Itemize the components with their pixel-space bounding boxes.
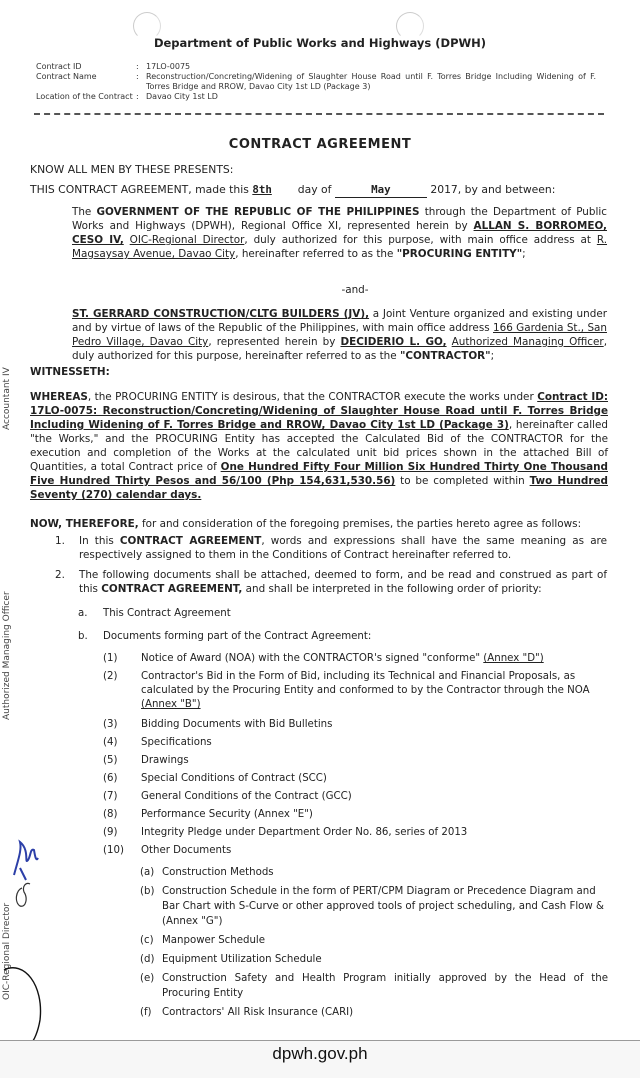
document-item: (5)Drawings <box>103 752 608 770</box>
agency-header: Department of Public Works and Highways … <box>0 36 640 50</box>
document-item: (9)Integrity Pledge under Department Ord… <box>103 824 608 842</box>
know-all-men: KNOW ALL MEN BY THESE PRESENTS: <box>30 163 233 177</box>
meta-value: 17LO-0075 <box>146 62 596 72</box>
other-document-item: (d)Equipment Utilization Schedule <box>140 952 608 967</box>
other-document-item: (e)Construction Safety and Health Progra… <box>140 971 608 1001</box>
party-contractor: ST. GERRARD CONSTRUCTION/CLTG BUILDERS (… <box>72 307 607 363</box>
meta-value: Davao City 1st LD <box>146 92 596 102</box>
agreement-date-line: THIS CONTRACT AGREEMENT, made this 8th d… <box>30 183 555 198</box>
now-therefore-paragraph: NOW, THEREFORE, for and consideration of… <box>30 517 630 531</box>
document-item: (2)Contractor's Bid in the Form of Bid, … <box>103 670 608 712</box>
day-of-text: day of <box>298 183 332 196</box>
priority-item: b.Documents forming part of the Contract… <box>78 628 371 646</box>
signature-initials <box>0 820 50 1041</box>
meta-value: Reconstruction/Concreting/Widening of Sl… <box>146 72 596 92</box>
party-procuring-entity: The GOVERNMENT OF THE REPUBLIC OF THE PH… <box>72 205 607 261</box>
other-document-item: (f)Contractors' All Risk Insurance (CARI… <box>140 1005 608 1020</box>
document-title: CONTRACT AGREEMENT <box>0 137 640 152</box>
document-item: (8)Performance Security (Annex "E") <box>103 806 608 824</box>
whereas-paragraph: WHEREAS, the PROCURING ENTITY is desirou… <box>30 390 608 502</box>
other-document-item: (a)Construction Methods <box>140 865 608 880</box>
document-item: (7)General Conditions of the Contract (G… <box>103 788 608 806</box>
month-field: May <box>335 183 427 198</box>
document-item: (1)Notice of Award (NOA) with the CONTRA… <box>103 650 608 668</box>
document-item: (10)Other Documents <box>103 842 608 860</box>
meta-label: Location of the Contract <box>36 92 136 102</box>
meta-label: Contract ID <box>36 62 136 72</box>
document-item: (4)Specifications <box>103 734 608 752</box>
margin-label-managing-officer: Authorized Managing Officer <box>2 591 12 720</box>
date-prefix: THIS CONTRACT AGREEMENT, made this <box>30 183 249 196</box>
document-item: (3)Bidding Documents with Bid Bulletins <box>103 716 608 734</box>
and-separator: -and- <box>0 283 640 297</box>
margin-label-accountant: Accountant IV <box>2 367 12 430</box>
other-document-item: (b)Construction Schedule in the form of … <box>140 884 608 929</box>
document-page: Department of Public Works and Highways … <box>0 0 640 1041</box>
meta-label: Contract Name <box>36 72 136 92</box>
documents-list: (1)Notice of Award (NOA) with the CONTRA… <box>103 650 608 860</box>
other-documents-list: (a)Construction Methods (b)Construction … <box>140 865 608 1020</box>
day-field: 8th <box>252 183 294 197</box>
other-document-item: (c)Manpower Schedule <box>140 933 608 948</box>
year-text: 2017, by and between: <box>430 183 555 196</box>
priority-list: a.This Contract Agreement b.Documents fo… <box>78 605 371 646</box>
contract-meta: Contract ID:17LO-0075 Contract Name:Reco… <box>36 62 596 102</box>
priority-item: a.This Contract Agreement <box>78 605 371 628</box>
url-text[interactable]: dpwh.gov.ph <box>0 1044 640 1064</box>
clause-1: 1. In this CONTRACT AGREEMENT, words and… <box>55 534 607 562</box>
document-item: (6)Special Conditions of Contract (SCC) <box>103 770 608 788</box>
witnesseth-heading: WITNESSETH: <box>30 365 110 379</box>
clause-2: 2. The following documents shall be atta… <box>55 568 607 596</box>
dashed-divider <box>34 113 604 115</box>
